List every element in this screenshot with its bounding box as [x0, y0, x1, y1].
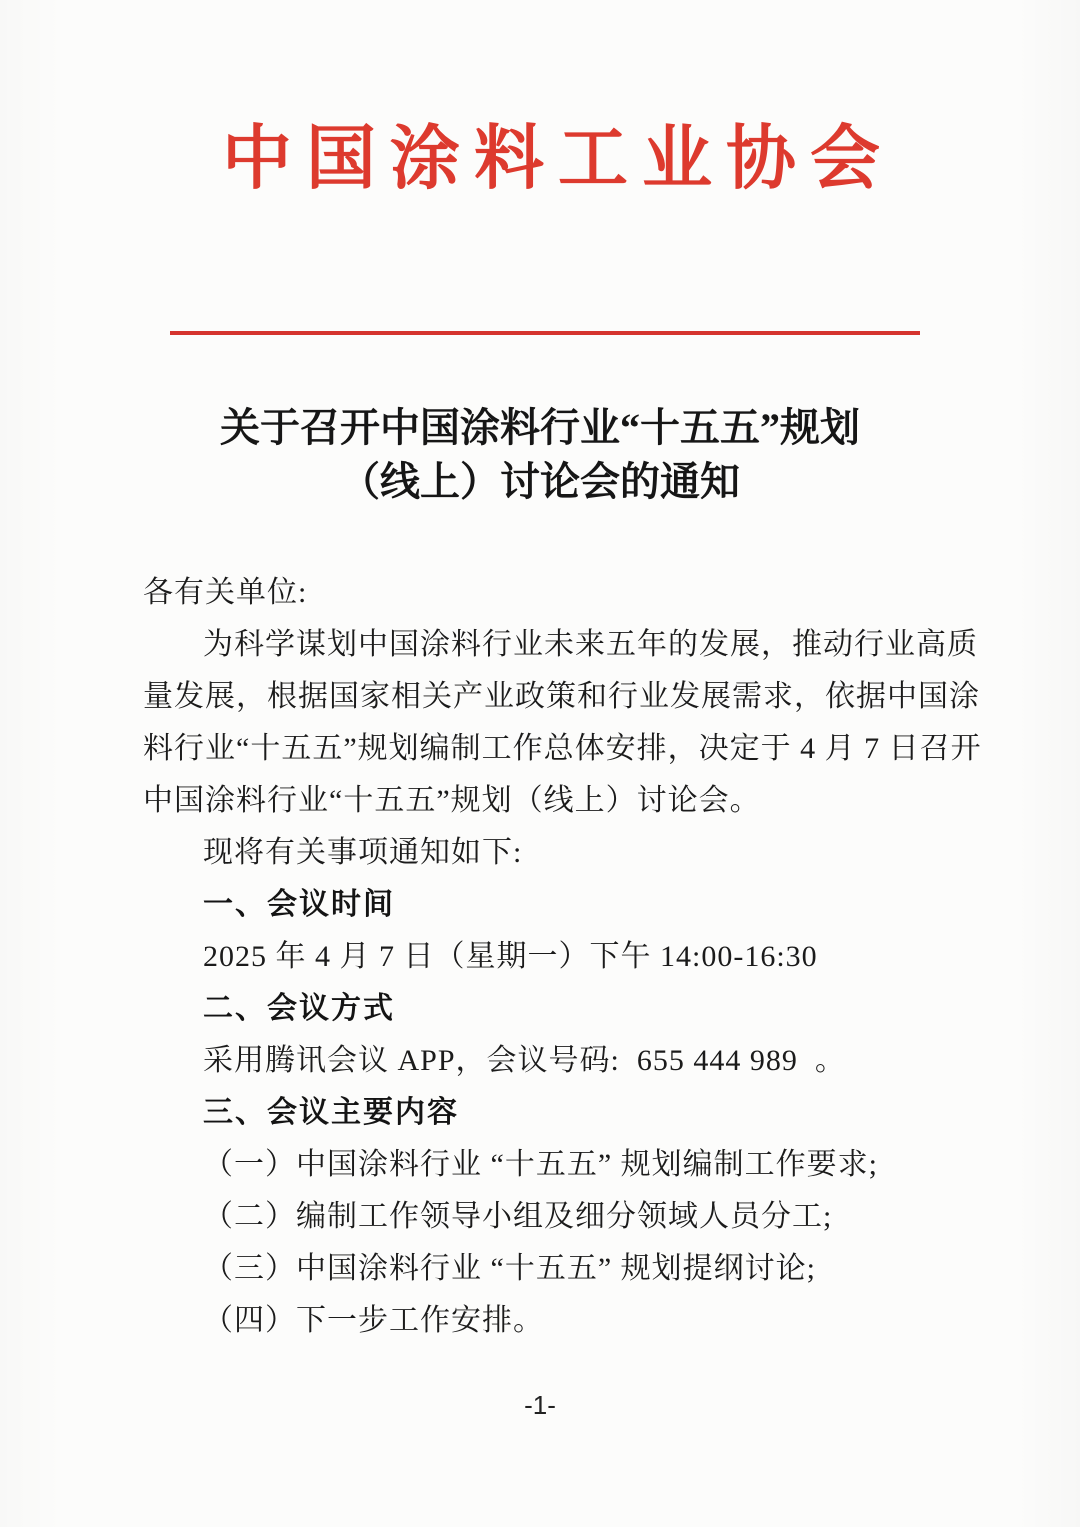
- letterhead-divider-rule: [170, 331, 920, 335]
- intro-line: 量发展，根据国家相关产业政策和行业发展需求，依据中国涂: [143, 671, 955, 723]
- transition-line: 现将有关事项通知如下:: [143, 827, 955, 879]
- intro-line: 为科学谋划中国涂料行业未来五年的发展，推动行业高质: [143, 619, 955, 671]
- agenda-item-2: （二）编制工作领导小组及细分领域人员分工;: [143, 1191, 955, 1243]
- agenda-item-4: （四）下一步工作安排。: [143, 1295, 955, 1347]
- meeting-method-value: 采用腾讯会议 APP，会议号码: 655 444 989 。: [143, 1035, 955, 1087]
- salutation: 各有关单位:: [143, 567, 955, 619]
- section-heading-meeting-time: 一、会议时间: [143, 879, 955, 931]
- page-number: -1-: [0, 1390, 1080, 1421]
- document-title-line-1: 关于召开中国涂料行业“十五五”规划: [0, 401, 1080, 455]
- agenda-item-3: （三）中国涂料行业 “十五五” 规划提纲讨论;: [143, 1243, 955, 1295]
- agenda-item-1: （一）中国涂料行业 “十五五” 规划编制工作要求;: [143, 1139, 955, 1191]
- intro-line: 中国涂料行业“十五五”规划（线上）讨论会。: [143, 775, 955, 827]
- section-heading-meeting-content: 三、会议主要内容: [143, 1087, 955, 1139]
- letterhead-org-name: 中国涂料工业协会: [0, 116, 1080, 204]
- document-page: 中国涂料工业协会 关于召开中国涂料行业“十五五”规划 （线上）讨论会的通知 各有…: [0, 0, 1080, 1527]
- document-title-line-2: （线上）讨论会的通知: [0, 455, 1080, 509]
- document-title: 关于召开中国涂料行业“十五五”规划 （线上）讨论会的通知: [0, 401, 1080, 509]
- intro-paragraph: 为科学谋划中国涂料行业未来五年的发展，推动行业高质 量发展，根据国家相关产业政策…: [143, 619, 955, 827]
- section-heading-meeting-method: 二、会议方式: [143, 983, 955, 1035]
- intro-line: 料行业“十五五”规划编制工作总体安排，决定于 4 月 7 日召开: [143, 723, 955, 775]
- document-body: 各有关单位: 为科学谋划中国涂料行业未来五年的发展，推动行业高质 量发展，根据国…: [143, 567, 955, 1347]
- meeting-time-value: 2025 年 4 月 7 日（星期一）下午 14:00-16:30: [143, 931, 955, 983]
